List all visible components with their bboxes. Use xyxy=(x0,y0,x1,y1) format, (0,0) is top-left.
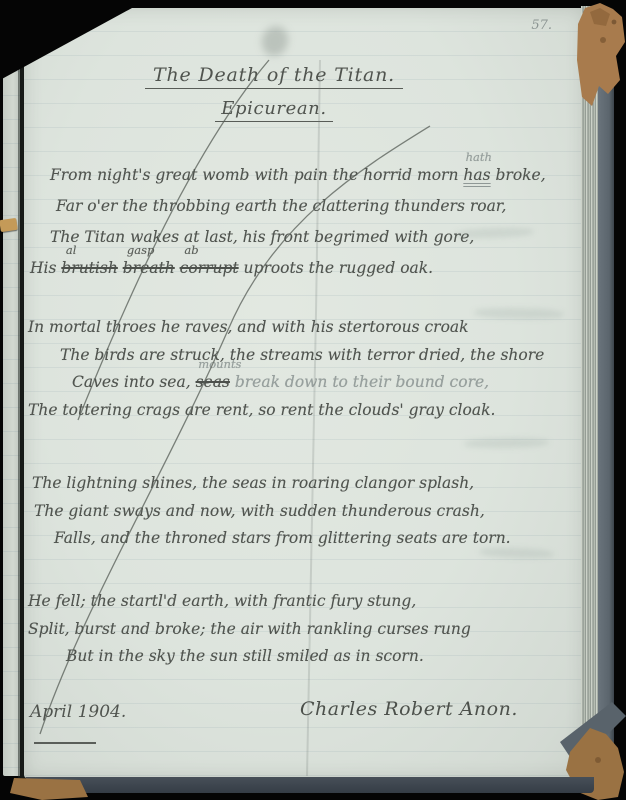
poem-text: uproots the rugged oak. xyxy=(239,259,433,277)
inserted-correction: gasp xyxy=(127,245,154,257)
poem-text: The birds are struck, the streams with t… xyxy=(60,346,544,364)
inserted-correction: ab xyxy=(184,245,198,257)
poem-text xyxy=(118,259,123,277)
inserted-correction: hath xyxy=(466,152,492,164)
date-inscription: April 1904. xyxy=(30,702,126,722)
poem-line: The lightning shines, the seas in roarin… xyxy=(32,470,568,498)
struck-word: seasmounts xyxy=(196,373,230,391)
scanned-manuscript-photo: 57. The Death of the Titan. Epicurean. F… xyxy=(0,0,626,800)
poem-text: Falls, and the throned stars from glitte… xyxy=(54,529,511,547)
poem-text: Far o'er the throbbing earth the clatter… xyxy=(56,197,506,215)
stitch-thread xyxy=(0,218,18,232)
poem-text: He fell; the startl'd earth, with franti… xyxy=(28,592,416,610)
ink-smudge xyxy=(258,23,292,60)
cover-cloth-edge xyxy=(598,12,614,774)
stanza-4: He fell; the startl'd earth, with franti… xyxy=(28,588,568,671)
poem-text: The Titan wakes at last, his front begri… xyxy=(50,228,474,246)
pencil-revision: break down to their bound core, xyxy=(235,373,489,391)
poem-line: The birds are struck, the streams with t… xyxy=(60,342,568,370)
poem-line: In mortal throes he raves, and with his … xyxy=(28,314,568,342)
cover-bottom-edge xyxy=(26,777,594,793)
poem-line: Far o'er the throbbing earth the clatter… xyxy=(56,191,568,222)
struck-word: brutishal xyxy=(61,259,117,277)
poem-text: But in the sky the sun still smiled as i… xyxy=(66,647,424,665)
poem-title: The Death of the Titan. xyxy=(145,64,403,89)
poem-text: His xyxy=(30,259,61,277)
stanza-3: The lightning shines, the seas in roarin… xyxy=(28,470,568,553)
poem-line: Split, burst and broke; the air with ran… xyxy=(28,616,568,644)
poem-line: Caves into sea, seasmounts break down to… xyxy=(72,369,568,397)
poem-text: broke, xyxy=(491,166,546,184)
poem-subtitle: Epicurean. xyxy=(215,98,332,122)
poem-text: In mortal throes he raves, and with his … xyxy=(28,318,469,336)
stanza-1: From night's great womb with pain the ho… xyxy=(28,160,568,284)
inserted-correction: mounts xyxy=(198,359,241,371)
poem-text: From night's great womb with pain the ho… xyxy=(50,166,463,184)
page-number: 57. xyxy=(531,18,552,33)
poem-text: Split, burst and broke; the air with ran… xyxy=(28,620,471,638)
poem-text: The lightning shines, the seas in roarin… xyxy=(32,474,474,492)
poem-line: He fell; the startl'd earth, with franti… xyxy=(28,588,568,616)
poem-line: From night's great womb with pain the ho… xyxy=(50,160,568,191)
poem-text: The giant sways and now, with sudden thu… xyxy=(34,502,485,520)
poem-line: His brutishal breathgasp corruptab uproo… xyxy=(30,253,568,284)
poem-line: The tottering crags are rent, so rent th… xyxy=(28,397,568,425)
poem-text: hashath xyxy=(463,166,490,184)
poem-text: Caves into sea, xyxy=(72,373,196,391)
poem-title-wrap: The Death of the Titan. xyxy=(114,64,434,89)
bleed-through-mark xyxy=(464,437,549,448)
poem-line: The giant sways and now, with sudden thu… xyxy=(34,498,568,526)
poem-text xyxy=(175,259,180,277)
poem-line: But in the sky the sun still smiled as i… xyxy=(66,643,568,671)
signature: Charles Robert Anon. xyxy=(300,698,518,720)
manuscript-page: 57. The Death of the Titan. Epicurean. F… xyxy=(24,8,584,778)
struck-word: breathgasp xyxy=(123,259,175,277)
poem-text: The tottering crags are rent, so rent th… xyxy=(28,401,495,419)
poem-subtitle-wrap: Epicurean. xyxy=(114,98,434,122)
struck-word: corruptab xyxy=(180,259,239,277)
inserted-correction: al xyxy=(66,245,77,257)
stanza-2: In mortal throes he raves, and with his … xyxy=(28,314,568,424)
date-underline xyxy=(34,742,96,744)
